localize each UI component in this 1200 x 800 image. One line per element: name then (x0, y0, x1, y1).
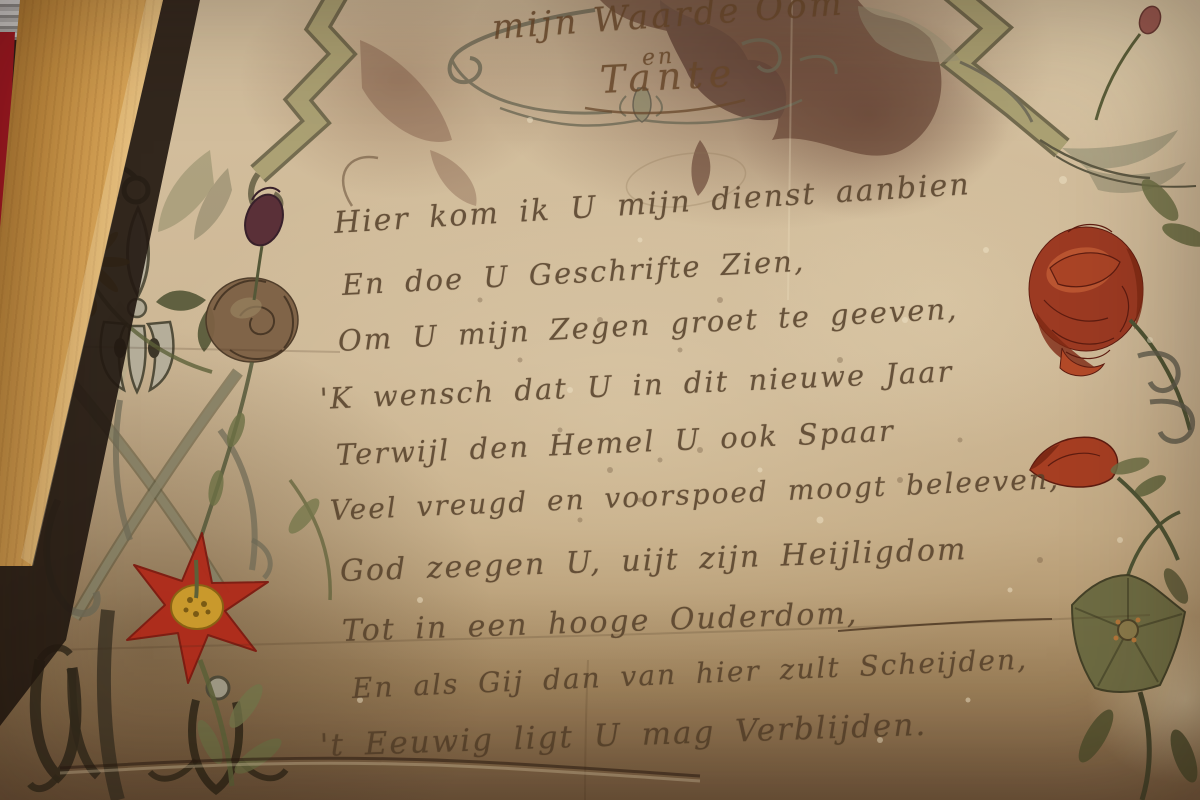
framed-manuscript-photo: mijn Waarde Oom en Tante Hier kom ik U m… (0, 0, 1200, 800)
poem-line: Tot in een hooge Ouderdom, (341, 596, 858, 649)
poem-line: Hier kom ik U mijn dienst aanbien (333, 167, 972, 241)
poem-line: Terwijl den Hemel U ook Spaar (335, 414, 895, 472)
dedication-line-3: Tante (599, 51, 738, 102)
poem-line: Om U mijn Zegen groet te geeven, (337, 292, 959, 358)
dedication-line-1: mijn Waarde Oom (491, 0, 846, 48)
poem-line: 't Eeuwig ligt U mag Verblijden. (319, 707, 927, 764)
poem-line: God zeegen U, uijt zijn Heijligdom (339, 532, 968, 589)
poem-line: En als Gij dan van hier zult Scheijden, (351, 643, 1028, 705)
poem-line: En doe U Geschrifte Zien, (341, 244, 806, 302)
poem-line: 'K wensch dat U in dit nieuwe Jaar (319, 354, 954, 416)
handwritten-text-layer: mijn Waarde Oom en Tante Hier kom ik U m… (0, 0, 1200, 800)
poem-line: Veel vreugd en voorspoed moogt beleeven, (329, 462, 1060, 527)
